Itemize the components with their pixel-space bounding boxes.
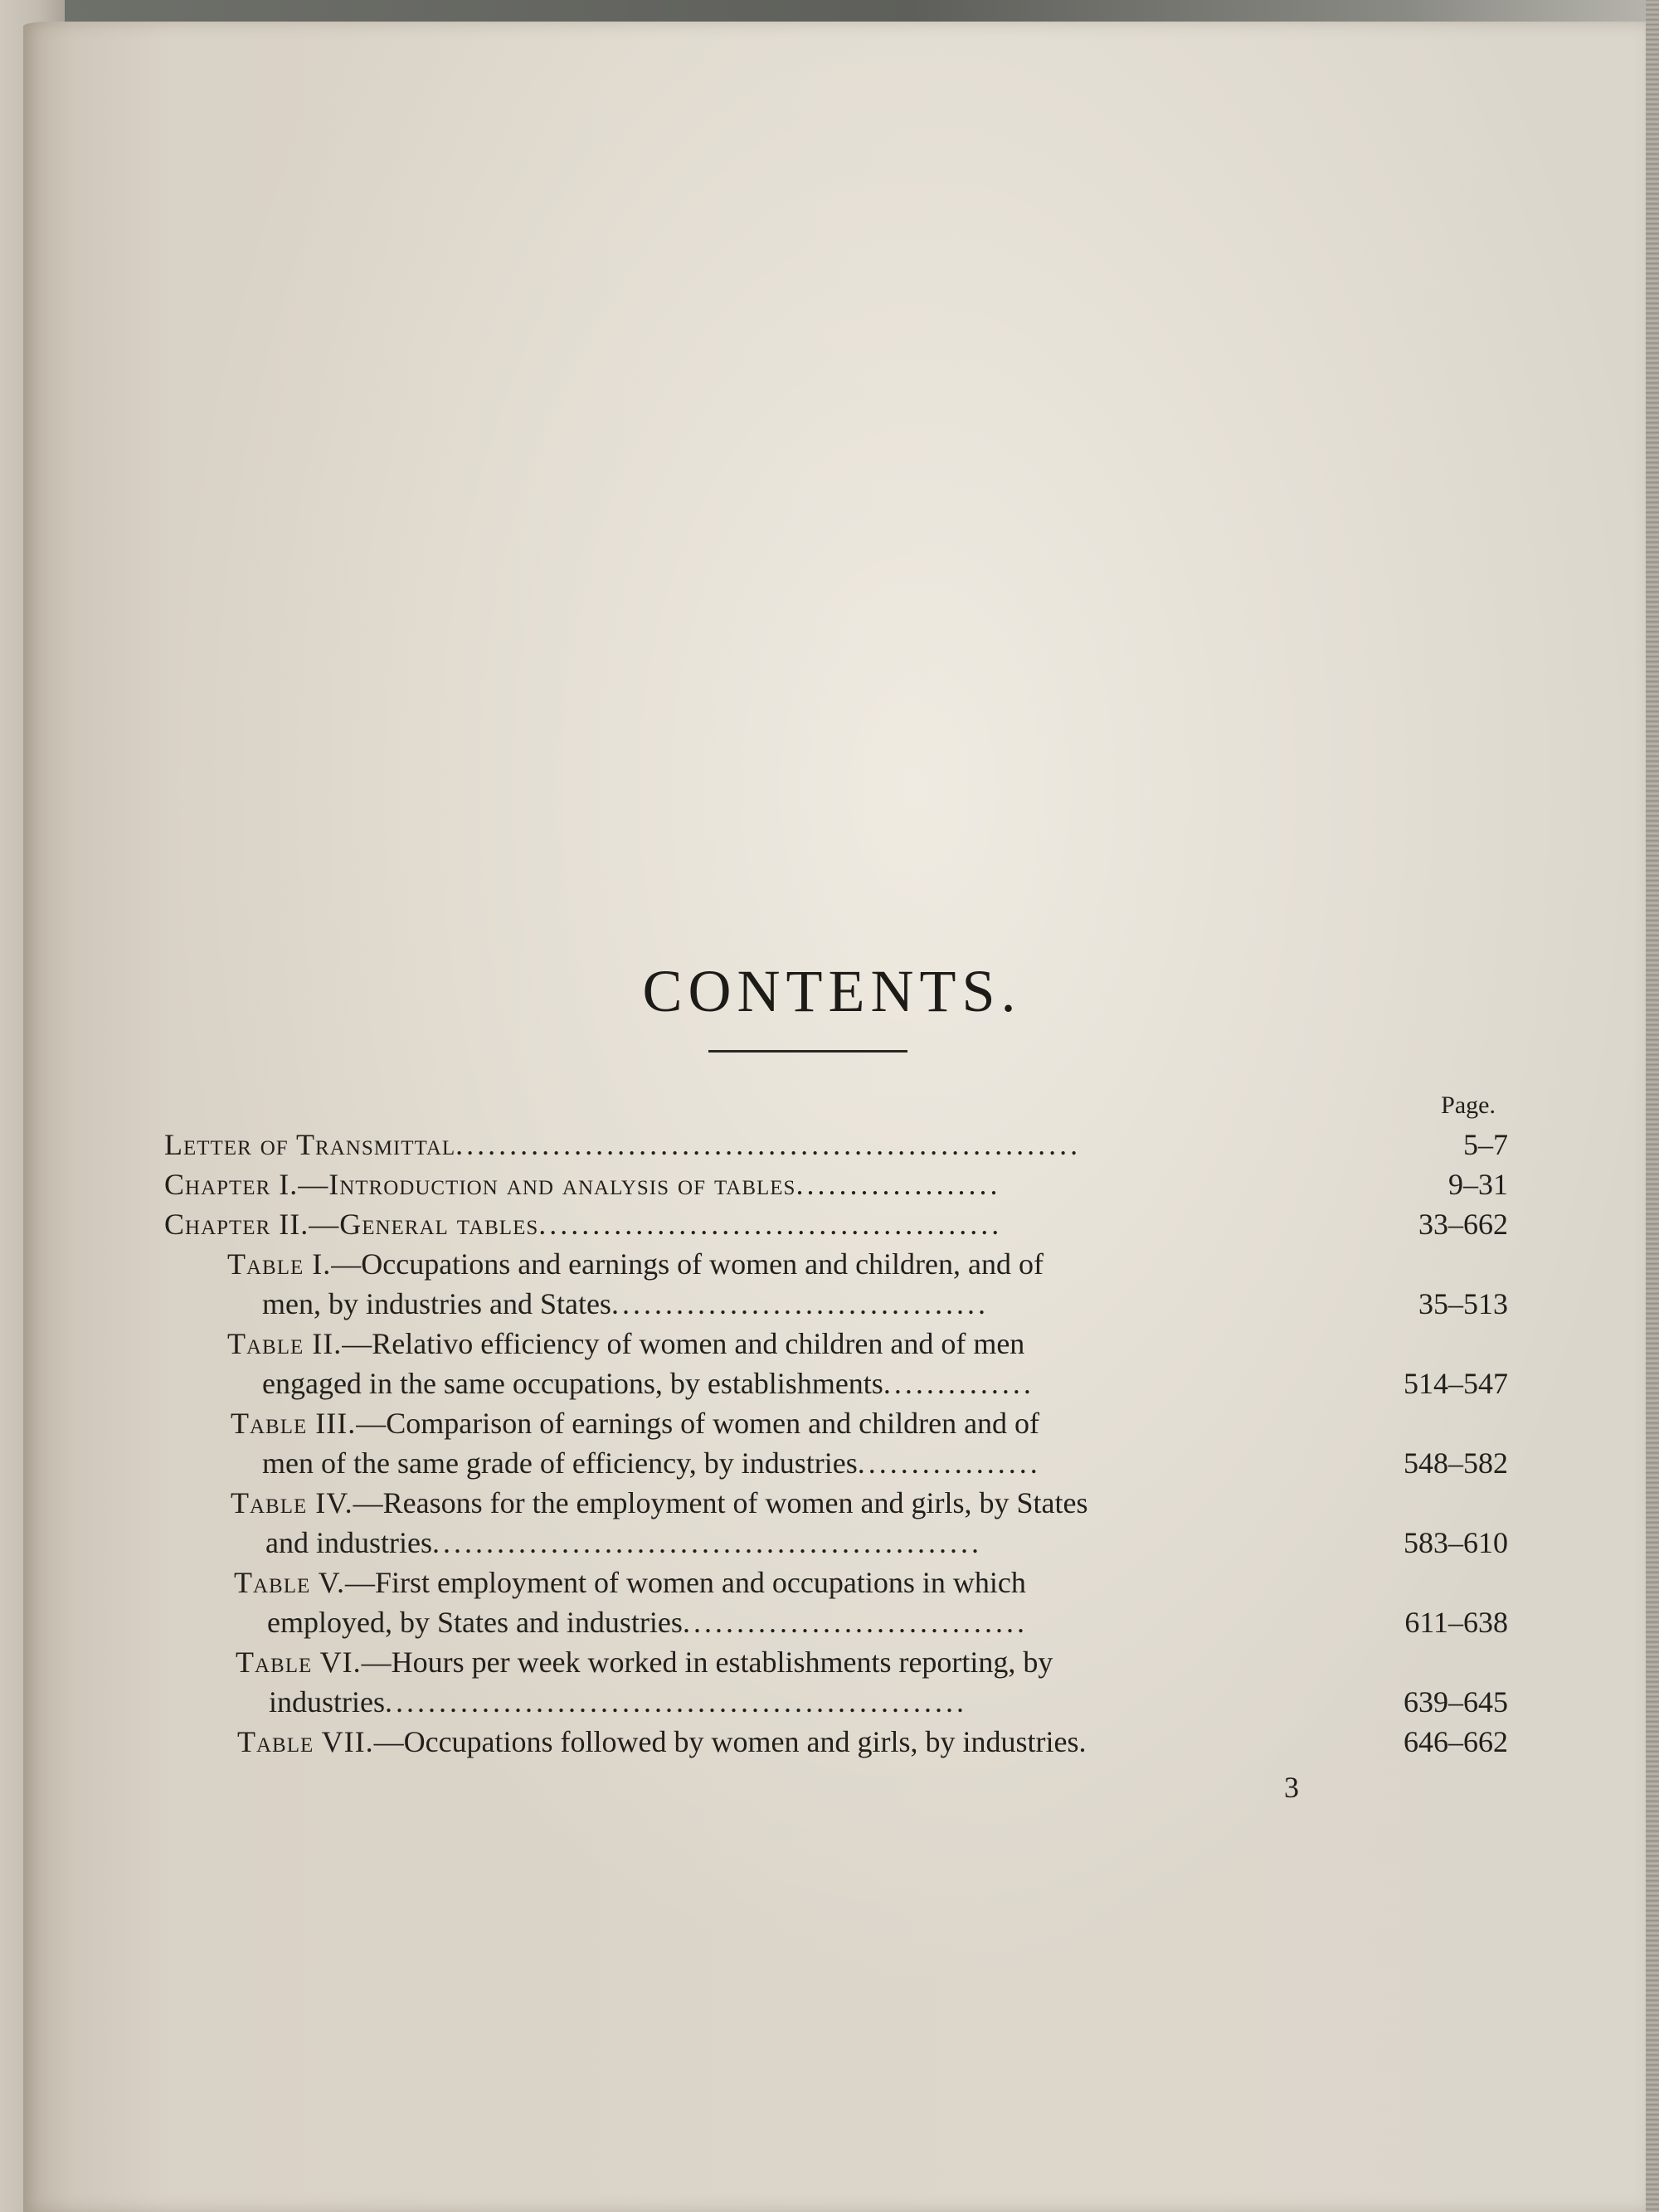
title-rule-divider [708, 1050, 907, 1053]
entry-title-line-1: —Occupations and earnings of women and c… [331, 1247, 1044, 1281]
entry-title-line-2: industries [269, 1685, 385, 1719]
entry-title-line-2: and industries [265, 1526, 432, 1559]
page-title: CONTENTS. [575, 957, 1089, 1026]
entry-title-line-2: men, by industries and States [262, 1287, 611, 1320]
entry-pages: 5–7 [1375, 1125, 1508, 1164]
entry-pages: 9–31 [1375, 1164, 1508, 1204]
entry-title-line-1: —Relativo efficiency of women and childr… [342, 1327, 1024, 1360]
toc-entry-table-1: Table I.—Occupations and earnings of wom… [164, 1244, 1508, 1324]
entry-pages: 639–645 [1375, 1682, 1508, 1722]
entry-pages: 35–513 [1375, 1284, 1508, 1324]
book-page: CONTENTS. Page. Letter of Transmittal...… [23, 22, 1646, 2212]
page-column-label: Page. [1396, 1091, 1496, 1120]
photo-scene: CONTENTS. Page. Letter of Transmittal...… [0, 0, 1659, 2212]
leader-dots: ................... [795, 1168, 1000, 1201]
entry-title-line-1: —Reasons for the employment of women and… [353, 1486, 1088, 1519]
entry-title-line-2: employed, by States and industries [267, 1606, 683, 1639]
page-stack-edge [1646, 0, 1659, 2212]
leader-dots: ................................ [683, 1606, 1028, 1639]
entry-title-line-1: —Comparison of earnings of women and chi… [356, 1407, 1039, 1440]
entry-label: Table III. [231, 1407, 356, 1440]
entry-pages: 33–662 [1375, 1204, 1508, 1244]
leader-dots: ................................... [611, 1287, 989, 1320]
entry-label: Table IV. [231, 1486, 353, 1519]
leader-dots: ........................................… [538, 1208, 1002, 1241]
toc-entry-table-3: Table III.—Comparison of earnings of wom… [164, 1403, 1508, 1483]
entry-title-line-2: men of the same grade of efficiency, by … [262, 1446, 858, 1480]
toc-entry-table-2: Table II.—Relativo efficiency of women a… [164, 1324, 1508, 1403]
entry-title-line-1: —Occupations followed by women and girls… [374, 1725, 1087, 1758]
toc-entry-table-6: Table VI.—Hours per week worked in estab… [164, 1642, 1508, 1722]
entry-label: Table II. [227, 1327, 342, 1360]
entry-pages: 583–610 [1375, 1523, 1508, 1563]
entry-label: Table VII. [237, 1725, 374, 1758]
entry-title-line-2: engaged in the same occupations, by esta… [262, 1367, 883, 1400]
page-number: 3 [1284, 1770, 1299, 1805]
entry-title: Chapter II.—General tables [164, 1208, 538, 1241]
entry-pages: 611–638 [1375, 1602, 1508, 1642]
entry-pages: 548–582 [1375, 1443, 1508, 1483]
entry-pages: 514–547 [1375, 1364, 1508, 1403]
leader-dots: ........................................… [455, 1128, 1081, 1161]
entry-title: Chapter I.—Introduction and analysis of … [164, 1168, 795, 1201]
entry-title: Letter of Transmittal [164, 1128, 455, 1161]
toc-entry-table-5: Table V.—First employment of women and o… [164, 1563, 1508, 1642]
leader-dots: ................. [858, 1446, 1041, 1480]
entry-title-line-1: —Hours per week worked in establishments… [362, 1646, 1053, 1679]
entry-label: Table VI. [236, 1646, 362, 1679]
entry-title-line-1: —First employment of women and occupatio… [345, 1566, 1026, 1599]
leader-dots: ........................................… [432, 1526, 982, 1559]
entry-label: Table V. [234, 1566, 345, 1599]
toc-entry-table-4: Table IV.—Reasons for the employment of … [164, 1483, 1508, 1563]
leader-dots: .............. [883, 1367, 1034, 1400]
entry-label: Table I. [227, 1247, 331, 1281]
leader-dots: ........................................… [385, 1685, 967, 1719]
entry-pages: 646–662 [1375, 1722, 1508, 1762]
